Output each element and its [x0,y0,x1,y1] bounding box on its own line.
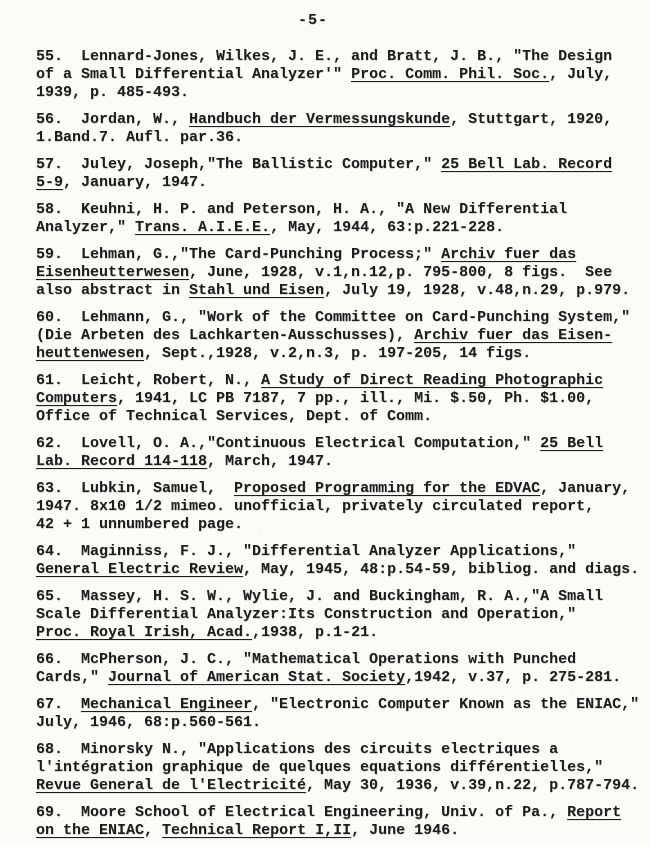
bib-line: 63. Lubkin, Samuel, Proposed Programming… [36,480,640,498]
bib-line: heuttenwesen, Sept.,1928, v.2,n.3, p. 19… [36,345,640,363]
text-run: 60. Lehmann, G., "Work of the Committee … [36,309,630,326]
bib-line: 57. Juley, Joseph,"The Ballistic Compute… [36,156,640,174]
underlined-title-text: heuttenwesen [36,345,144,362]
text-run: , May, 1945, 48:p.54-59, bibliog. and di… [243,561,639,578]
bibliography-list: 55. Lennard-Jones, Wilkes, J. E., and Br… [36,48,640,840]
bib-line: 1947. 8x10 1/2 mimeo. unofficial, privat… [36,498,640,516]
text-run: , January, [540,480,630,497]
bib-line: 42 + 1 unnumbered page. [36,516,640,534]
underlined-title-text: Stahl und Eisen [189,282,324,299]
text-run: , January, 1947. [63,174,207,191]
text-run: 57. Juley, Joseph,"The Ballistic Compute… [36,156,441,173]
bib-entry-67: 67. Mechanical Engineer, "Electronic Com… [36,696,640,732]
bib-line: of a Small Differential Analyzer'" Proc.… [36,66,640,84]
bib-entry-64: 64. Maginniss, F. J., "Differential Anal… [36,543,640,579]
underlined-title-text: Trans. A.I.E.E. [135,219,270,236]
bib-line: Proc. Royal Irish, Acad.,1938, p.1-21. [36,624,640,642]
bib-line: 67. Mechanical Engineer, "Electronic Com… [36,696,640,714]
underlined-title-text: Proc. Comm. Phil. Soc. [351,66,549,83]
bib-line: Analyzer," Trans. A.I.E.E., May, 1944, 6… [36,219,640,237]
bib-line: 55. Lennard-Jones, Wilkes, J. E., and Br… [36,48,640,66]
underlined-title-text: Journal of American Stat. Society [108,669,405,686]
bib-line: 61. Leicht, Robert, N., A Study of Direc… [36,372,640,390]
bib-entry-58: 58. Keuhni, H. P. and Peterson, H. A., "… [36,201,640,237]
text-run: 69. Moore School of Electrical Engineeri… [36,804,567,821]
bib-line: Eisenheutterwesen, June, 1928, v.1,n.12,… [36,264,640,282]
underlined-title-text: Archiv fuer das Eisen- [414,327,612,344]
text-run: 1.Band.7. Aufl. par.36. [36,129,243,146]
underlined-title-text: Mechanical Engineer [81,696,252,713]
text-run: 58. Keuhni, H. P. and Peterson, H. A., "… [36,201,567,218]
text-run: 42 + 1 unnumbered page. [36,516,243,533]
bib-line: July, 1946, 68:p.560-561. [36,714,640,732]
text-run: , [144,822,162,839]
underlined-title-text: 25 Bell Lab. Record [441,156,612,173]
bib-line: 62. Lovell, O. A.,"Continuous Electrical… [36,435,640,453]
text-run: , July, [549,66,612,83]
underlined-title-text: Archiv fuer das [441,246,576,263]
text-run: 61. Leicht, Robert, N., [36,372,261,389]
page-number: -5- [298,12,328,30]
text-run: 1947. 8x10 1/2 mimeo. unofficial, privat… [36,498,594,515]
text-run: Cards," [36,669,108,686]
bib-entry-65: 65. Massey, H. S. W., Wylie, J. and Buck… [36,588,640,642]
bib-line: Office of Technical Services, Dept. of C… [36,408,640,426]
bib-line: on the ENIAC, Technical Report I,II, Jun… [36,822,640,840]
underlined-title-text: A Study of Direct Reading Photographic [261,372,603,389]
bib-entry-55: 55. Lennard-Jones, Wilkes, J. E., and Br… [36,48,640,102]
underlined-title-text: Lab. Record 114-118 [36,453,207,470]
bib-line: 59. Lehman, G.,"The Card-Punching Proces… [36,246,640,264]
text-run: 62. Lovell, O. A.,"Continuous Electrical… [36,435,540,452]
text-run: , May 30, 1936, v.39,n.22, p.787-794. [306,777,639,794]
underlined-title-text: on the ENIAC [36,822,144,839]
text-run: of a Small Differential Analyzer'" [36,66,351,83]
underlined-title-text: 25 Bell [540,435,603,452]
underlined-title-text: Eisenheutterwesen [36,264,189,281]
bib-line: 5-9, January, 1947. [36,174,640,192]
text-run: 68. Minorsky N., "Applications des circu… [36,741,558,758]
bib-line: Lab. Record 114-118, March, 1947. [36,453,640,471]
bib-line: Revue General de l'Electricité, May 30, … [36,777,640,795]
underlined-title-text: Report [567,804,621,821]
bib-entry-63: 63. Lubkin, Samuel, Proposed Programming… [36,480,640,534]
bib-line: 58. Keuhni, H. P. and Peterson, H. A., "… [36,201,640,219]
text-run: l'intégration graphique de quelques equa… [36,759,603,776]
bib-line: General Electric Review, May, 1945, 48:p… [36,561,640,579]
bib-entry-59: 59. Lehman, G.,"The Card-Punching Proces… [36,246,640,300]
text-run: 59. Lehman, G.,"The Card-Punching Proces… [36,246,441,263]
text-run: 64. Maginniss, F. J., "Differential Anal… [36,543,576,560]
text-run: 55. Lennard-Jones, Wilkes, J. E., and Br… [36,48,612,65]
text-run: also abstract in [36,282,189,299]
text-run: , July 19, 1928, v.48,n.29, p.979. [324,282,630,299]
text-run: Office of Technical Services, Dept. of C… [36,408,432,425]
text-run: 63. Lubkin, Samuel, [36,480,234,497]
bib-entry-69: 69. Moore School of Electrical Engineeri… [36,804,640,840]
bib-line: (Die Arbeten des Lachkarten-Ausschusses)… [36,327,640,345]
bib-entry-61: 61. Leicht, Robert, N., A Study of Direc… [36,372,640,426]
text-run: , "Electronic Computer Known as the ENIA… [252,696,639,713]
bib-line: 69. Moore School of Electrical Engineeri… [36,804,640,822]
text-run: 67. [36,696,81,713]
bib-entry-60: 60. Lehmann, G., "Work of the Committee … [36,309,640,363]
bib-entry-57: 57. Juley, Joseph,"The Ballistic Compute… [36,156,640,192]
bib-line: 1.Band.7. Aufl. par.36. [36,129,640,147]
text-run: , May, 1944, 63:p.221-228. [270,219,504,236]
text-run: , March, 1947. [207,453,333,470]
text-run: ,1942, v.37, p. 275-281. [405,669,621,686]
bib-line: l'intégration graphique de quelques equa… [36,759,640,777]
bib-entry-62: 62. Lovell, O. A.,"Continuous Electrical… [36,435,640,471]
text-run: , June, 1928, v.1,n.12,p. 795-800, 8 fig… [189,264,612,281]
text-run: 56. Jordan, W., [36,111,189,128]
bib-line: 68. Minorsky N., "Applications des circu… [36,741,640,759]
text-run: ,1938, p.1-21. [252,624,378,641]
underlined-title-text: 5-9 [36,174,63,191]
text-run: , June 1946. [351,822,459,839]
underlined-title-text: Computers [36,390,117,407]
bib-line: 56. Jordan, W., Handbuch der Vermessungs… [36,111,640,129]
bib-line: 65. Massey, H. S. W., Wylie, J. and Buck… [36,588,640,606]
text-run: , 1941, LC PB 7187, 7 pp., ill., Mi. $.5… [117,390,594,407]
bib-line: 64. Maginniss, F. J., "Differential Anal… [36,543,640,561]
text-run: 66. McPherson, J. C., "Mathematical Oper… [36,651,576,668]
bib-line: 60. Lehmann, G., "Work of the Committee … [36,309,640,327]
bib-line: 66. McPherson, J. C., "Mathematical Oper… [36,651,640,669]
underlined-title-text: Revue General de l'Electricité [36,777,306,794]
text-run: 65. Massey, H. S. W., Wylie, J. and Buck… [36,588,603,605]
underlined-title-text: Proposed Programming for the EDVAC [234,480,540,497]
text-run: , Sept.,1928, v.2,n.3, p. 197-205, 14 fi… [144,345,531,362]
bib-line: also abstract in Stahl und Eisen, July 1… [36,282,640,300]
bib-entry-66: 66. McPherson, J. C., "Mathematical Oper… [36,651,640,687]
text-run: Scale Differential Analyzer:Its Construc… [36,606,576,623]
bib-line: 1939, p. 485-493. [36,84,640,102]
scanned-document-page: -5- 55. Lennard-Jones, Wilkes, J. E., an… [0,0,650,845]
underlined-title-text: Technical Report I,II [162,822,351,839]
text-run: July, 1946, 68:p.560-561. [36,714,261,731]
bib-line: Scale Differential Analyzer:Its Construc… [36,606,640,624]
text-run: Analyzer," [36,219,135,236]
text-run: (Die Arbeten des Lachkarten-Ausschusses)… [36,327,414,344]
bib-entry-56: 56. Jordan, W., Handbuch der Vermessungs… [36,111,640,147]
bib-entry-68: 68. Minorsky N., "Applications des circu… [36,741,640,795]
underlined-title-text: Proc. Royal Irish, Acad. [36,624,252,641]
underlined-title-text: Handbuch der Vermessungskunde [189,111,450,128]
underlined-title-text: General Electric Review [36,561,243,578]
text-run: 1939, p. 485-493. [36,84,189,101]
text-run: , Stuttgart, 1920, [450,111,612,128]
bib-line: Computers, 1941, LC PB 7187, 7 pp., ill.… [36,390,640,408]
bib-line: Cards," Journal of American Stat. Societ… [36,669,640,687]
